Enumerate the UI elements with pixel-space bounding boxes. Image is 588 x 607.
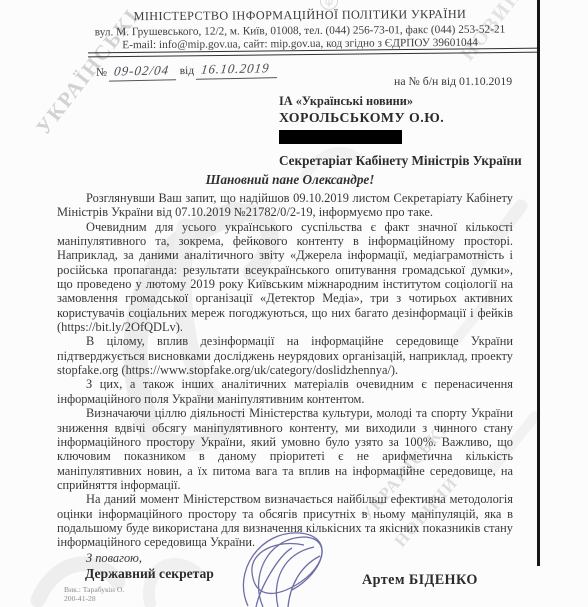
- signer-title: Державний секретар: [85, 566, 214, 582]
- recipient-copy-to: Секретаріат Кабінету Міністрів України: [279, 153, 522, 169]
- handwritten-signature: [230, 526, 364, 607]
- redaction-bar: [279, 130, 402, 144]
- outgoing-reference: № 09-02/04 від 16.10.2019: [96, 60, 278, 82]
- body-paragraph: Розглянувши Ваш запит, що надійшов 09.10…: [57, 191, 513, 220]
- recipient-block: ІА «Українські новини» ХОРОЛЬСЬКОМУ О.Ю.…: [279, 94, 522, 169]
- body-paragraph: З цих, а також інших аналітичних матеріа…: [57, 377, 513, 406]
- signer-name: Артем БІДЕНКО: [362, 572, 478, 589]
- body-paragraph: Очевидним для усього українського суспіл…: [57, 220, 513, 335]
- recipient-name: ХОРОЛЬСЬКОМУ О.Ю.: [279, 110, 522, 126]
- executor-note: Вик.: Тарабукін О. 200-41-28: [64, 586, 124, 603]
- ministry-name: МІНІСТЕРСТВО ІНФОРМАЦІЙНОЇ ПОЛІТИКИ УКРА…: [64, 6, 536, 24]
- scan-edge-line: [537, 0, 540, 566]
- executor-phone: 200-41-28: [64, 595, 124, 604]
- ref-number-handwritten: 09-02/04: [109, 62, 178, 81]
- body-paragraph: Визначаючи ціллю діяльності Міністерства…: [57, 406, 513, 492]
- letterhead: МІНІСТЕРСТВО ІНФОРМАЦІЙНОЇ ПОЛІТИКИ УКРА…: [64, 6, 536, 51]
- body-paragraph: В цілому, вплив дезінформації на інформа…: [57, 334, 513, 377]
- scanned-letter-page: УКРАЇНСЬКІ НОВИНИ УКРАЇНСЬКІ НОВИНИ МІНІ…: [0, 0, 588, 607]
- ref-date-handwritten: 16.10.2019: [196, 60, 279, 80]
- salutation: Шановний пане Олександре!: [140, 172, 440, 188]
- reply-reference: на № б/н від 01.10.2019: [394, 74, 512, 89]
- recipient-organization: ІА «Українські новини»: [279, 94, 522, 109]
- ref-date-label: від: [180, 65, 195, 77]
- letter-body: Розглянувши Ваш запит, що надійшов 09.10…: [57, 191, 513, 565]
- ref-number-prefix: №: [96, 67, 107, 79]
